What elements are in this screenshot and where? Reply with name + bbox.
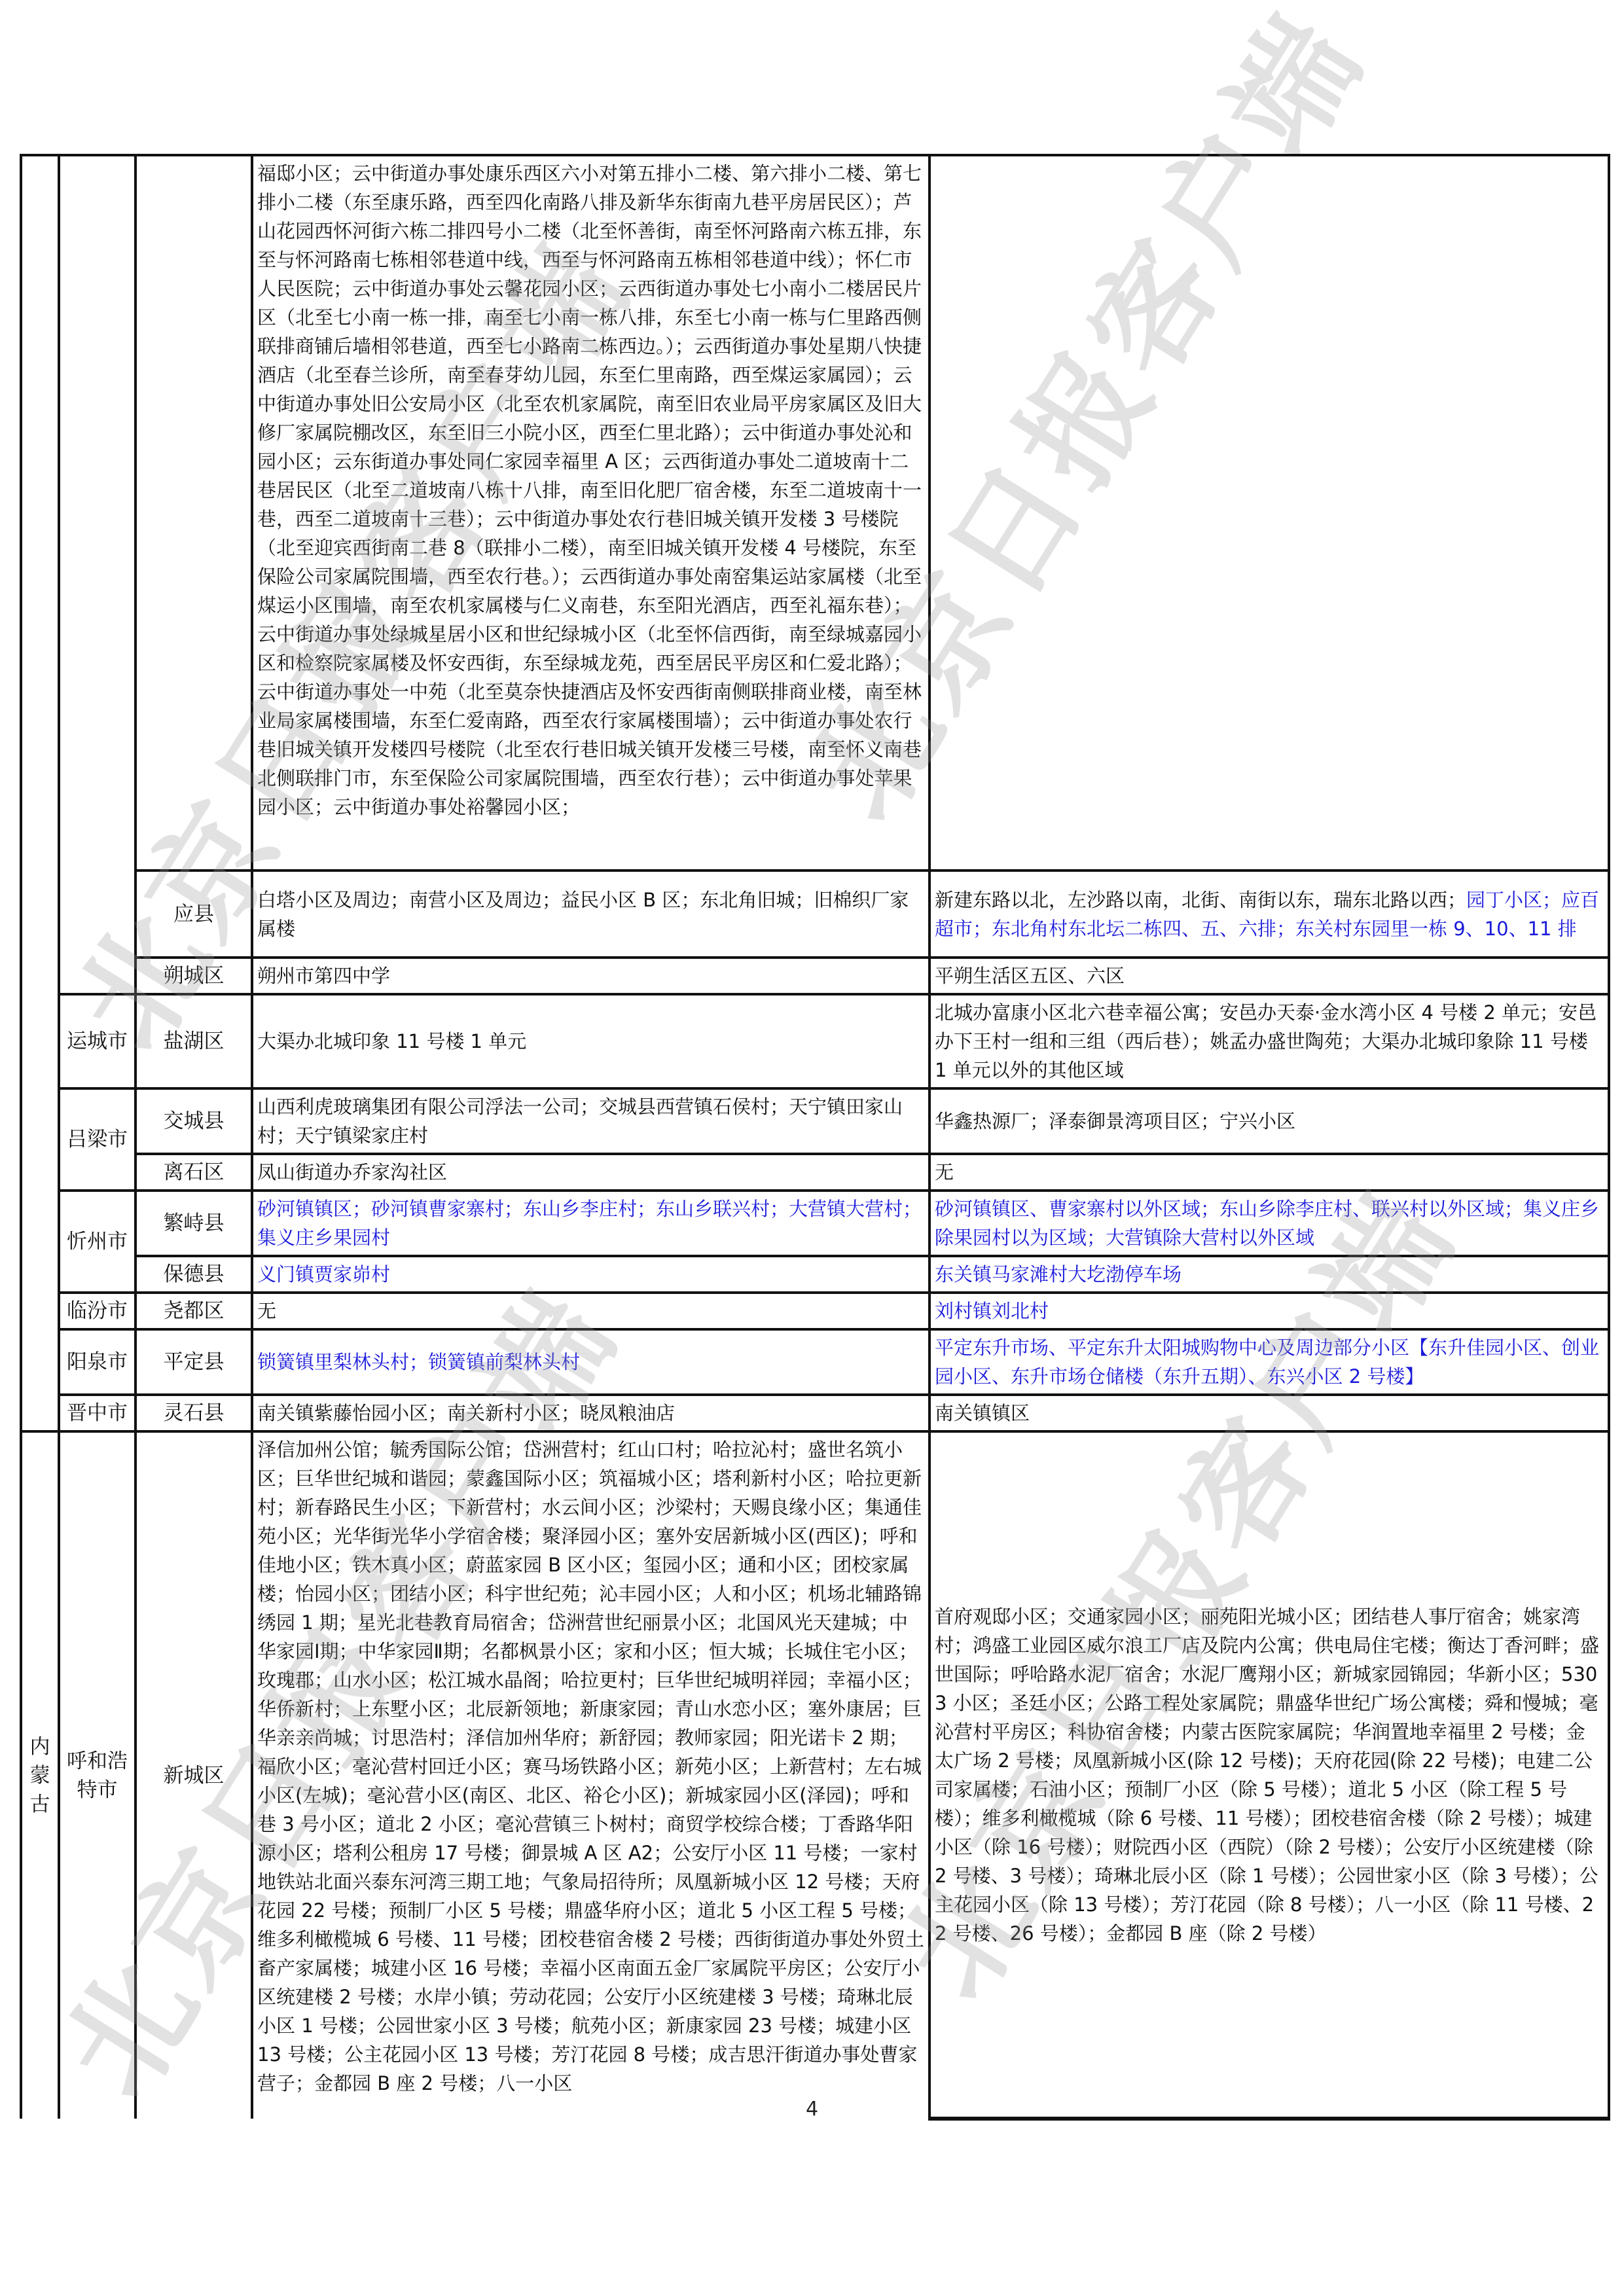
table-row: 吕梁市交城县山西利虎玻璃集团有限公司浮法一公司；交城县西营镇石侯村；天宁镇田家山… (21, 1088, 1609, 1154)
other-area-cell: 北城办富康小区北六巷幸福公寓；安邑办天泰·金水湾小区 4 号楼 2 单元；安邑办… (929, 994, 1609, 1088)
document-page: 福邸小区；云中街道办事处康乐西区六小对第五排小二楼、第六排小二楼、第七排小二楼（… (0, 0, 1624, 2296)
area-text: 北城办富康小区北六巷幸福公寓；安邑办天泰·金水湾小区 4 号楼 2 单元；安邑办… (935, 1001, 1597, 1081)
table-row: 应县白塔小区及周边；南营小区及周边；益民小区 B 区；东北角旧城；旧棉织厂家属楼… (21, 870, 1609, 958)
county-cell: 盐湖区 (135, 994, 252, 1088)
city-cell: 呼和浩特市 (59, 1431, 135, 2119)
area-text: 无 (935, 1161, 954, 1183)
county-cell: 尧都区 (135, 1293, 252, 1329)
risk-area-cell: 福邸小区；云中街道办事处康乐西区六小对第五排小二楼、第六排小二楼、第七排小二楼（… (252, 155, 929, 870)
risk-area-cell: 砂河镇镇区；砂河镇曹家寨村；东山乡李庄村；东山乡联兴村；大营镇大营村；集义庄乡果… (252, 1191, 929, 1256)
other-area-cell: 首府观邸小区；交通家园小区；丽苑阳光城小区；团结巷人事厅宿舍；姚家湾村；鸿盛工业… (929, 1431, 1609, 2119)
county-cell: 离石区 (135, 1154, 252, 1191)
area-text: 山西利虎玻璃集团有限公司浮法一公司；交城县西营镇石侯村；天宁镇田家山村；天宁镇梁… (257, 1096, 903, 1147)
risk-area-cell: 凤山街道办乔家沟社区 (252, 1154, 929, 1191)
page-number: 4 (0, 2098, 1624, 2121)
area-text: 朔州市第四中学 (257, 965, 390, 987)
city-cell (59, 155, 135, 994)
table-row: 朔城区朔州市第四中学平朔生活区五区、六区 (21, 958, 1609, 994)
county-cell: 繁峙县 (135, 1191, 252, 1256)
area-text: 无 (257, 1300, 276, 1322)
risk-area-cell: 南关镇紫藤怡园小区；南关新村小区；晓凤粮油店 (252, 1395, 929, 1431)
area-text: 新建东路以北，左沙路以南，北街、南街以东，瑞东北路以西； (935, 889, 1466, 911)
highlighted-area-text: 东关镇马家滩村大圪渤停车场 (935, 1263, 1182, 1285)
area-text: 南关镇紫藤怡园小区；南关新村小区；晓凤粮油店 (257, 1402, 675, 1424)
other-area-cell (929, 155, 1609, 870)
city-cell: 忻州市 (59, 1191, 135, 1293)
risk-area-cell: 无 (252, 1293, 929, 1329)
highlighted-area-text: 砂河镇镇区、曹家寨村以外区域；东山乡除李庄村、联兴村以外区域；集义庄乡除果园村以… (935, 1198, 1599, 1249)
highlighted-area-text: 刘村镇刘北村 (935, 1300, 1049, 1322)
county-cell: 平定县 (135, 1329, 252, 1395)
table-row: 忻州市繁峙县砂河镇镇区；砂河镇曹家寨村；东山乡李庄村；东山乡联兴村；大营镇大营村… (21, 1191, 1609, 1256)
county-cell: 朔城区 (135, 958, 252, 994)
county-cell: 灵石县 (135, 1395, 252, 1431)
province-cell: 内蒙古 (21, 1431, 59, 2119)
county-cell: 新城区 (135, 1431, 252, 2119)
other-area-cell: 华鑫热源厂；泽泰御景湾项目区；宁兴小区 (929, 1088, 1609, 1154)
risk-area-cell: 大渠办北城印象 11 号楼 1 单元 (252, 994, 929, 1088)
highlighted-area-text: 义门镇贾家峁村 (257, 1263, 390, 1285)
city-cell: 晋中市 (59, 1395, 135, 1431)
other-area-cell: 刘村镇刘北村 (929, 1293, 1609, 1329)
highlighted-area-text: 砂河镇镇区；砂河镇曹家寨村；东山乡李庄村；东山乡联兴村；大营镇大营村；集义庄乡果… (257, 1198, 922, 1249)
area-text: 华鑫热源厂；泽泰御景湾项目区；宁兴小区 (935, 1110, 1295, 1132)
other-area-cell: 砂河镇镇区、曹家寨村以外区域；东山乡除李庄村、联兴村以外区域；集义庄乡除果园村以… (929, 1191, 1609, 1256)
city-cell: 临汾市 (59, 1293, 135, 1329)
table-row: 临汾市尧都区无刘村镇刘北村 (21, 1293, 1609, 1329)
area-text: 凤山街道办乔家沟社区 (257, 1161, 447, 1183)
county-cell: 交城县 (135, 1088, 252, 1154)
risk-area-cell: 泽信加州公馆；毓秀国际公馆；岱洲营村；红山口村；哈拉沁村；盛世名筑小区；巨华世纪… (252, 1431, 929, 2119)
county-cell: 应县 (135, 870, 252, 958)
risk-area-cell: 锁簧镇里梨林头村；锁簧镇前梨林头村 (252, 1329, 929, 1395)
table-row: 阳泉市平定县锁簧镇里梨林头村；锁簧镇前梨林头村平定东升市场、平定东升太阳城购物中… (21, 1329, 1609, 1395)
city-cell: 阳泉市 (59, 1329, 135, 1395)
table-row: 保德县义门镇贾家峁村东关镇马家滩村大圪渤停车场 (21, 1256, 1609, 1293)
city-cell: 运城市 (59, 994, 135, 1088)
area-text: 大渠办北城印象 11 号楼 1 单元 (257, 1030, 526, 1052)
table-row: 晋中市灵石县南关镇紫藤怡园小区；南关新村小区；晓凤粮油店南关镇镇区 (21, 1395, 1609, 1431)
table-row: 内蒙古呼和浩特市新城区泽信加州公馆；毓秀国际公馆；岱洲营村；红山口村；哈拉沁村；… (21, 1431, 1609, 2119)
area-text: 平朔生活区五区、六区 (935, 965, 1125, 987)
table-row: 福邸小区；云中街道办事处康乐西区六小对第五排小二楼、第六排小二楼、第七排小二楼（… (21, 155, 1609, 870)
highlighted-area-text: 锁簧镇里梨林头村；锁簧镇前梨林头村 (257, 1351, 580, 1373)
risk-area-cell: 白塔小区及周边；南营小区及周边；益民小区 B 区；东北角旧城；旧棉织厂家属楼 (252, 870, 929, 958)
other-area-cell: 新建东路以北，左沙路以南，北街、南街以东，瑞东北路以西；园丁小区；应百超市；东北… (929, 870, 1609, 958)
risk-area-cell: 义门镇贾家峁村 (252, 1256, 929, 1293)
risk-area-cell: 山西利虎玻璃集团有限公司浮法一公司；交城县西营镇石侯村；天宁镇田家山村；天宁镇梁… (252, 1088, 929, 1154)
province-cell (21, 155, 59, 1431)
county-cell (135, 155, 252, 870)
table-row: 运城市盐湖区大渠办北城印象 11 号楼 1 单元北城办富康小区北六巷幸福公寓；安… (21, 994, 1609, 1088)
area-text: 南关镇镇区 (935, 1402, 1030, 1424)
other-area-cell: 南关镇镇区 (929, 1395, 1609, 1431)
area-text: 白塔小区及周边；南营小区及周边；益民小区 B 区；东北角旧城；旧棉织厂家属楼 (257, 889, 909, 940)
risk-area-table: 福邸小区；云中街道办事处康乐西区六小对第五排小二楼、第六排小二楼、第七排小二楼（… (20, 154, 1610, 2121)
table-row: 离石区凤山街道办乔家沟社区无 (21, 1154, 1609, 1191)
county-cell: 保德县 (135, 1256, 252, 1293)
highlighted-area-text: 平定东升市场、平定东升太阳城购物中心及周边部分小区【东升佳园小区、创业园小区、东… (935, 1336, 1599, 1388)
other-area-cell: 平朔生活区五区、六区 (929, 958, 1609, 994)
other-area-cell: 平定东升市场、平定东升太阳城购物中心及周边部分小区【东升佳园小区、创业园小区、东… (929, 1329, 1609, 1395)
risk-area-cell: 朔州市第四中学 (252, 958, 929, 994)
other-area-cell: 东关镇马家滩村大圪渤停车场 (929, 1256, 1609, 1293)
city-cell: 吕梁市 (59, 1088, 135, 1191)
other-area-cell: 无 (929, 1154, 1609, 1191)
